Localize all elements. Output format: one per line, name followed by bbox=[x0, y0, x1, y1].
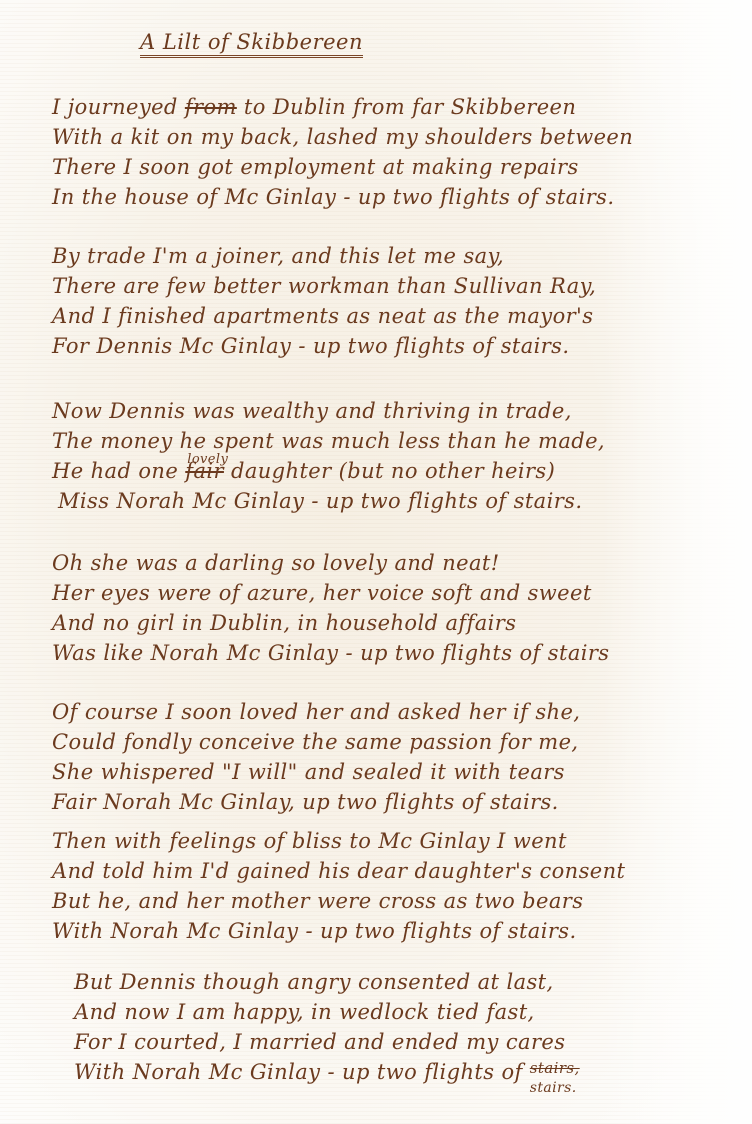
stanza-line: With Norah Mc Ginlay - up two flights of… bbox=[52, 916, 625, 946]
poem-title-text: A Lilt of Skibbereen bbox=[140, 30, 363, 58]
stanza-line: But Dennis though angry consented at las… bbox=[74, 967, 580, 997]
stanza-2: By trade I'm a joiner, and this let me s… bbox=[52, 241, 596, 361]
stanza-line: Fair Norah Mc Ginlay, up two flights of … bbox=[52, 787, 580, 817]
stanza-line: And no girl in Dublin, in household affa… bbox=[52, 608, 609, 638]
stanza-line: And now I am happy, in wedlock tied fast… bbox=[74, 997, 580, 1027]
corrected-word: stairs. bbox=[530, 1073, 577, 1103]
stanza-line: And told him I'd gained his dear daughte… bbox=[52, 856, 625, 886]
stanza-line: For I courted, I married and ended my ca… bbox=[74, 1027, 580, 1057]
stanza-3: Now Dennis was wealthy and thriving in t… bbox=[52, 396, 605, 516]
poem-title: A Lilt of Skibbereen bbox=[140, 30, 363, 58]
stanza-line: She whispered "I will" and sealed it wit… bbox=[52, 757, 580, 787]
stanza-line: But he, and her mother were cross as two… bbox=[52, 886, 625, 916]
stanza-line: Miss Norah Mc Ginlay - up two flights of… bbox=[52, 486, 605, 516]
stanza-line: With a kit on my back, lashed my shoulde… bbox=[52, 122, 633, 152]
stanza-line: Then with feelings of bliss to Mc Ginlay… bbox=[52, 826, 625, 856]
stanza-1: I journeyed from to Dublin from far Skib… bbox=[52, 92, 633, 212]
stanza-line: Could fondly conceive the same passion f… bbox=[52, 727, 580, 757]
stanza-line: There I soon got employment at making re… bbox=[52, 152, 633, 182]
stanza-line: There are few better workman than Sulliv… bbox=[52, 271, 596, 301]
stanza-line: Now Dennis was wealthy and thriving in t… bbox=[52, 396, 605, 426]
stanza-line: By trade I'm a joiner, and this let me s… bbox=[52, 241, 596, 271]
stanza-line: I journeyed from to Dublin from far Skib… bbox=[52, 92, 633, 122]
stanza-line: Her eyes were of azure, her voice soft a… bbox=[52, 578, 609, 608]
stanza-4: Oh she was a darling so lovely and neat!… bbox=[52, 548, 609, 668]
stanza-line: The money he spent was much less than he… bbox=[52, 426, 605, 456]
stanza-line: With Norah Mc Ginlay - up two flights of… bbox=[74, 1057, 580, 1089]
stanza-line: Of course I soon loved her and asked her… bbox=[52, 697, 580, 727]
inserted-word: lovely bbox=[187, 445, 228, 475]
stanza-7: But Dennis though angry consented at las… bbox=[74, 967, 580, 1089]
stanza-line: Was like Norah Mc Ginlay - up two flight… bbox=[52, 638, 609, 668]
struck-word: from bbox=[185, 95, 237, 119]
inserted-word-group: lovelyfair bbox=[185, 459, 224, 483]
stanza-line: He had one lovelyfair daughter (but no o… bbox=[52, 456, 605, 486]
stanza-line: For Dennis Mc Ginlay - up two flights of… bbox=[52, 331, 596, 361]
stanza-5: Of course I soon loved her and asked her… bbox=[52, 697, 580, 817]
stanza-line: Oh she was a darling so lovely and neat! bbox=[52, 548, 609, 578]
stanza-6: Then with feelings of bliss to Mc Ginlay… bbox=[52, 826, 625, 946]
correction-group: stairs,stairs. bbox=[530, 1057, 580, 1089]
stanza-line: In the house of Mc Ginlay - up two fligh… bbox=[52, 182, 633, 212]
manuscript-page: A Lilt of Skibbereen I journeyed from to… bbox=[0, 0, 752, 1124]
stanza-line: And I finished apartments as neat as the… bbox=[52, 301, 596, 331]
